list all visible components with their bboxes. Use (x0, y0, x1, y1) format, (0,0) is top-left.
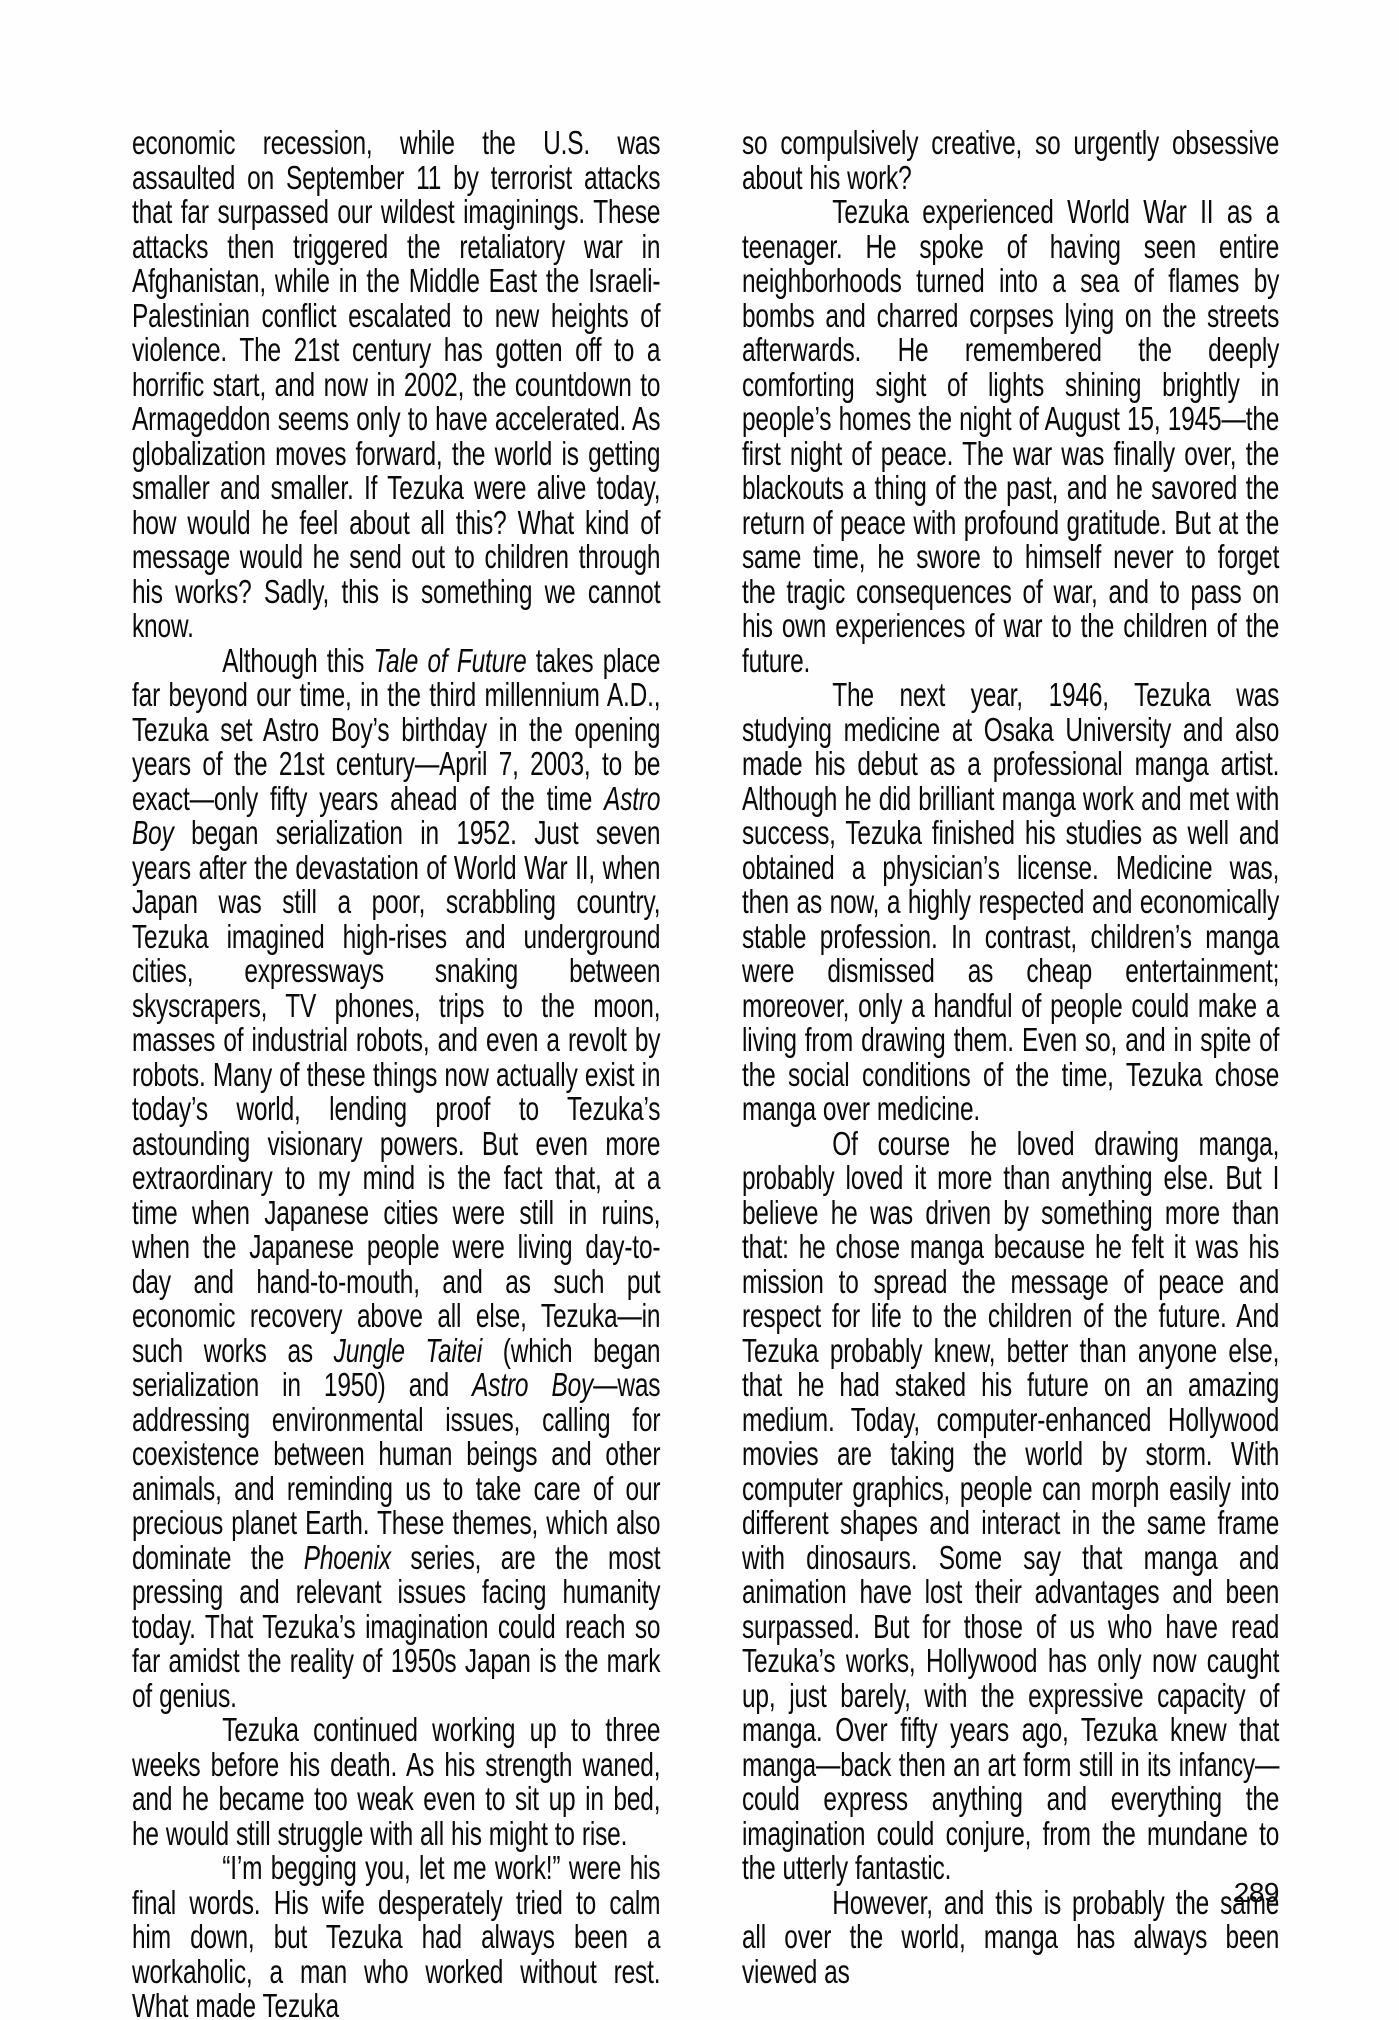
text-column-right-content: so compulsively creative, so urgently ob… (742, 126, 1279, 1989)
italic-work-title: Tale of Future (373, 642, 526, 679)
paragraph: Of course he loved drawing manga, probab… (742, 1127, 1279, 1886)
text-column-left: economic recession, while the U.S. was a… (132, 126, 660, 2020)
paragraph: Tezuka experienced World War II as a tee… (742, 195, 1279, 678)
text-column-right: so compulsively creative, so urgently ob… (742, 126, 1279, 1989)
italic-work-title: Astro Boy (132, 780, 660, 852)
italic-work-title: Phoenix (304, 1539, 391, 1576)
italic-work-title: Jungle Taitei (334, 1332, 482, 1369)
paragraph: Tezuka continued working up to three wee… (132, 1713, 660, 1851)
paragraph: “I’m begging you, let me work!” were his… (132, 1851, 660, 2020)
paragraph: so compulsively creative, so urgently ob… (742, 126, 1279, 195)
page-number: 289 (1234, 1878, 1279, 1908)
paragraph: economic recession, while the U.S. was a… (132, 126, 660, 644)
italic-work-title: Astro Boy (472, 1366, 593, 1403)
book-page: economic recession, while the U.S. was a… (0, 0, 1399, 2020)
paragraph: Although this Tale of Future takes place… (132, 644, 660, 1714)
text-column-left-content: economic recession, while the U.S. was a… (132, 126, 660, 2020)
paragraph: The next year, 1946, Tezuka was studying… (742, 678, 1279, 1127)
paragraph: However, and this is probably the same a… (742, 1886, 1279, 1990)
